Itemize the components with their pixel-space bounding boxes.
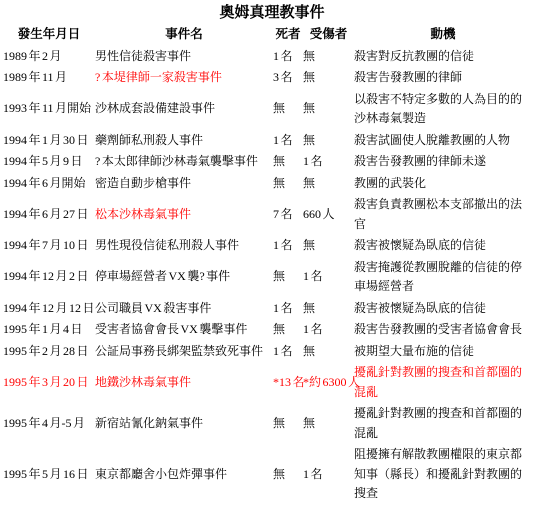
event-name-cell: 停車場經營者 VX 襲? 事件 — [95, 257, 273, 298]
injured-cell: 無 — [303, 235, 354, 257]
injured-cell: 1 名 — [303, 257, 354, 298]
deaths-cell: 7 名 — [273, 194, 303, 235]
table-row: 1994 年 5 月 9 日 ? 本太郎律師沙林毒氣襲擊事件 無 1 名 殺害告… — [3, 151, 544, 173]
injured-cell: 無 — [303, 173, 354, 195]
deaths-cell: *13 名 — [273, 362, 303, 403]
injured-cell: 無 — [303, 89, 354, 130]
injured-cell: 1 名 — [303, 444, 354, 505]
injured-cell: 1 名 — [303, 319, 354, 341]
table-row: 1994 年 1 月 30 日 藥劑師私刑殺人事件 1 名 無 殺害試圖使人脫離… — [3, 130, 544, 152]
event-name-cell: 密造自動步槍事件 — [95, 173, 273, 195]
deaths-cell: 1 名 — [273, 46, 303, 68]
table-row: 1994 年 12 月 2 日 停車場經營者 VX 襲? 事件 無 1 名 殺害… — [3, 257, 544, 298]
event-name-cell: 地鐵沙林毒氣事件 — [95, 362, 273, 403]
date-cell: 1993 年 11 月開始 — [3, 89, 95, 130]
date-cell: 1989 年 2 月 — [3, 46, 95, 68]
deaths-cell: 1 名 — [273, 341, 303, 363]
motive-cell: 殺害告發教團的律師 — [354, 67, 544, 89]
injured-cell: 無 — [303, 130, 354, 152]
table-row: 1994 年 6 月開始 密造自動步槍事件 無 無 教團的武裝化 — [3, 173, 544, 195]
motive-cell: 擾亂針對教團的搜查和首都圈的混亂 — [354, 403, 544, 444]
date-cell: 1994 年 5 月 9 日 — [3, 151, 95, 173]
date-cell: 1995 年 4 月-5 月 — [3, 403, 95, 444]
header-deaths: 死者 — [273, 24, 303, 46]
motive-cell: 教團的武裝化 — [354, 173, 544, 195]
deaths-cell: 無 — [273, 151, 303, 173]
motive-cell: 殺害告發教團的受害者協會會長 — [354, 319, 544, 341]
table-row: 1989 年 2 月 男性信徒殺害事件 1 名 無 殺害對反抗教團的信徒 — [3, 46, 544, 68]
deaths-cell: 無 — [273, 257, 303, 298]
date-cell: 1994 年 12 月 12 日 — [3, 298, 95, 320]
date-cell: 1995 年 1 月 4 日 — [3, 319, 95, 341]
motive-cell: 被期望大量布施的信徒 — [354, 341, 544, 363]
date-cell: 1995 年 2 月 28 日 — [3, 341, 95, 363]
injured-cell: 無 — [303, 403, 354, 444]
event-name-cell: 藥劑師私刑殺人事件 — [95, 130, 273, 152]
header-date: 發生年月日 — [3, 24, 95, 46]
table-row: 1989 年 11 月 ? 本堤律師一家殺害事件 3 名 無 殺害告發教團的律師 — [3, 67, 544, 89]
event-name-cell: 松本沙林毒氣事件 — [95, 194, 273, 235]
table-body: 1989 年 2 月 男性信徒殺害事件 1 名 無 殺害對反抗教團的信徒 198… — [3, 46, 544, 505]
event-name-cell: ? 本太郎律師沙林毒氣襲擊事件 — [95, 151, 273, 173]
motive-cell: 殺害對反抗教團的信徒 — [354, 46, 544, 68]
table-row: 1993 年 11 月開始 沙林成套設備建設事件 無 無 以殺害不特定多數的人為… — [3, 89, 544, 130]
header-event: 事件名 — [95, 24, 273, 46]
event-name-cell: 男性現役信徒私刑殺人事件 — [95, 235, 273, 257]
injured-cell: 1 名 — [303, 151, 354, 173]
event-name-cell: 沙林成套設備建設事件 — [95, 89, 273, 130]
table-row: 1995 年 1 月 4 日 受害者協會會長 VX 襲擊事件 無 1 名 殺害告… — [3, 319, 544, 341]
page: 奧姆真理教事件 發生年月日 事件名 死者 受傷者 動機 1989 年 2 月 男… — [0, 4, 544, 505]
injured-cell: 無 — [303, 67, 354, 89]
date-cell: 1995 年 3 月 20 日 — [3, 362, 95, 403]
injured-cell: 無 — [303, 46, 354, 68]
motive-cell: 殺害被懷疑為臥底的信徒 — [354, 298, 544, 320]
event-name-cell: 公司職員 VX 殺害事件 — [95, 298, 273, 320]
table-row: 1995 年 2 月 28 日 公証局事務長綁架監禁致死事件 1 名 無 被期望… — [3, 341, 544, 363]
injured-cell: 無 — [303, 298, 354, 320]
motive-cell: 殺害試圖使人脫離教團的人物 — [354, 130, 544, 152]
date-cell: 1994 年 6 月 27 日 — [3, 194, 95, 235]
injured-cell: *約 6300 人 — [303, 362, 354, 403]
motive-cell: 擾亂針對教團的搜查和首都圈的混亂 — [354, 362, 544, 403]
table-row: 1994 年 12 月 12 日 公司職員 VX 殺害事件 1 名 無 殺害被懷… — [3, 298, 544, 320]
event-name-cell: 新宿站氰化鈉氣事件 — [95, 403, 273, 444]
motive-cell: 以殺害不特定多數的人為目的的沙林毒氣製造 — [354, 89, 544, 130]
table-header-row: 發生年月日 事件名 死者 受傷者 動機 — [3, 24, 544, 46]
table-row: 1995 年 3 月 20 日 地鐵沙林毒氣事件 *13 名 *約 6300 人… — [3, 362, 544, 403]
deaths-cell: 無 — [273, 173, 303, 195]
event-name-cell: ? 本堤律師一家殺害事件 — [95, 67, 273, 89]
deaths-cell: 無 — [273, 403, 303, 444]
motive-cell: 殺害負責教團松本支部撤出的法官 — [354, 194, 544, 235]
deaths-cell: 1 名 — [273, 235, 303, 257]
header-motive: 動機 — [354, 24, 544, 46]
motive-cell: 阻擾擁有解散教團權限的東京都知事（縣長）和擾亂針對教團的搜查 — [354, 444, 544, 505]
event-name-cell: 受害者協會會長 VX 襲擊事件 — [95, 319, 273, 341]
date-cell: 1989 年 11 月 — [3, 67, 95, 89]
date-cell: 1994 年 1 月 30 日 — [3, 130, 95, 152]
injured-cell: 無 — [303, 341, 354, 363]
table-row: 1994 年 6 月 27 日 松本沙林毒氣事件 7 名 660 人 殺害負責教… — [3, 194, 544, 235]
motive-cell: 殺害掩護從教團脫離的信徒的停車場經營者 — [354, 257, 544, 298]
incidents-table: 發生年月日 事件名 死者 受傷者 動機 1989 年 2 月 男性信徒殺害事件 … — [3, 24, 544, 505]
date-cell: 1994 年 12 月 2 日 — [3, 257, 95, 298]
date-cell: 1994 年 7 月 10 日 — [3, 235, 95, 257]
table-row: 1995 年 4 月-5 月 新宿站氰化鈉氣事件 無 無 擾亂針對教團的搜查和首… — [3, 403, 544, 444]
table-row: 1994 年 7 月 10 日 男性現役信徒私刑殺人事件 1 名 無 殺害被懷疑… — [3, 235, 544, 257]
event-name-cell: 東京都廳舍小包炸彈事件 — [95, 444, 273, 505]
page-title: 奧姆真理教事件 — [0, 4, 544, 22]
injured-cell: 660 人 — [303, 194, 354, 235]
motive-cell: 殺害告發教團的律師未遂 — [354, 151, 544, 173]
deaths-cell: 1 名 — [273, 130, 303, 152]
deaths-cell: 3 名 — [273, 67, 303, 89]
table-row: 1995 年 5 月 16 日 東京都廳舍小包炸彈事件 無 1 名 阻擾擁有解散… — [3, 444, 544, 505]
deaths-cell: 無 — [273, 319, 303, 341]
date-cell: 1995 年 5 月 16 日 — [3, 444, 95, 505]
deaths-cell: 無 — [273, 89, 303, 130]
event-name-cell: 公証局事務長綁架監禁致死事件 — [95, 341, 273, 363]
deaths-cell: 1 名 — [273, 298, 303, 320]
event-name-cell: 男性信徒殺害事件 — [95, 46, 273, 68]
date-cell: 1994 年 6 月開始 — [3, 173, 95, 195]
motive-cell: 殺害被懷疑為臥底的信徒 — [354, 235, 544, 257]
header-injured: 受傷者 — [303, 24, 354, 46]
deaths-cell: 無 — [273, 444, 303, 505]
